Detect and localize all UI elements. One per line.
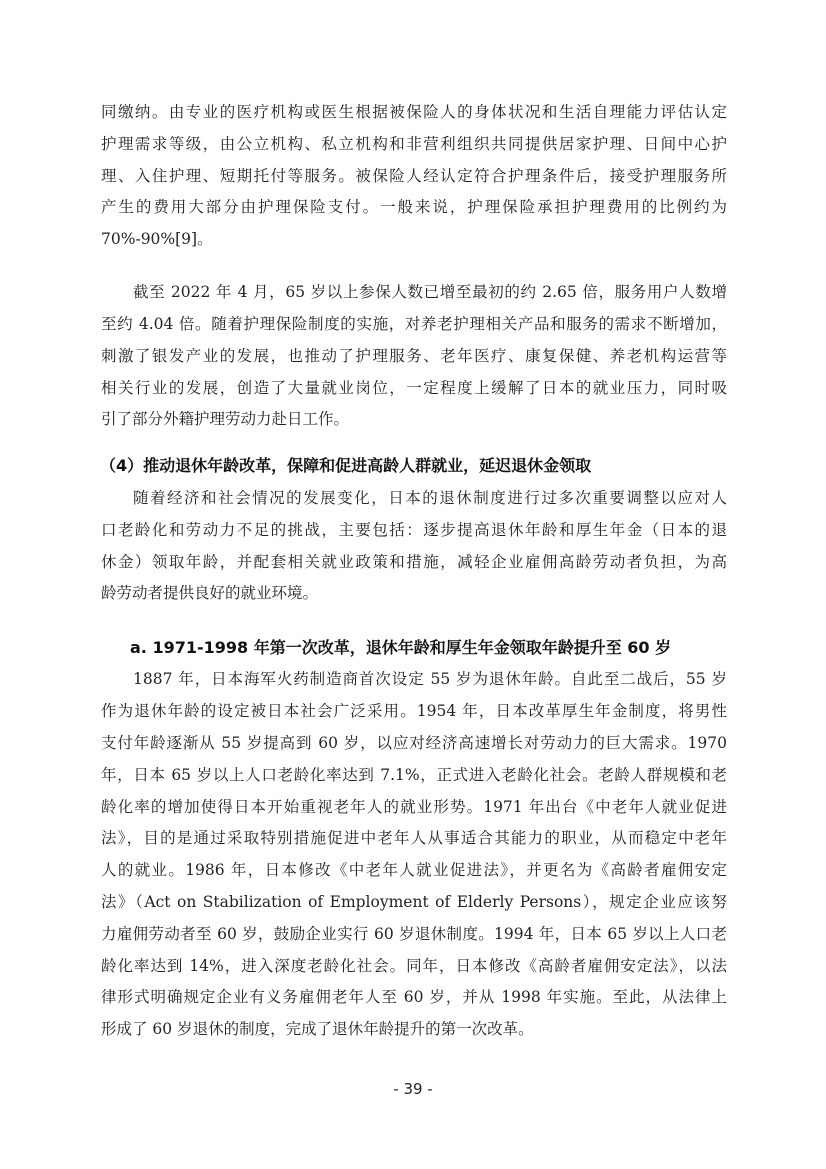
text-line: 70%-90%[9]。 (101, 223, 727, 255)
text-line: 龄化率的增加使得日本开始重视老年人的就业形势。1971 年出台《中老年人就业促进 (101, 791, 727, 823)
text-line: 龄化率达到 14%，进入深度老龄化社会。同年，日本修改《高龄者雇佣安定法》，以法 (101, 950, 727, 982)
text-line: 人的就业。1986 年，日本修改《中老年人就业促进法》，并更名为《高龄者雇佣安定 (101, 854, 727, 886)
text-line: 律形式明确规定企业有义务雇佣老年人至 60 岁，并从 1998 年实施。至此，从… (101, 981, 727, 1013)
text-line: 截至 2022 年 4 月，65 岁以上参保人数已增至最初的约 2.65 倍，服… (133, 276, 727, 308)
text-line: 口老龄化和劳动力不足的挑战，主要包括：逐步提高退休年龄和厚生年金（日本的退 (101, 514, 727, 546)
text-line: 龄劳动者提供良好的就业环境。 (101, 577, 727, 609)
text-line: 作为退休年龄的设定被日本社会广泛采用。1954 年，日本改革厚生年金制度，将男性 (101, 695, 727, 727)
text-line: 休金）领取年龄，并配套相关就业政策和措施，减轻企业雇佣高龄劳动者负担，为高 (101, 546, 727, 578)
subsection-heading: a. 1971-1998 年第一次改革，退休年龄和厚生年金领取年龄提升至 60 … (130, 632, 671, 664)
text-line: 年，日本 65 岁以上人口老龄化率达到 7.1%，正式进入老龄化社会。老龄人群规… (101, 759, 727, 791)
text-line: 护理需求等级，由公立机构、私立机构和非营利组织共同提供居家护理、日间中心护 (101, 128, 727, 160)
text-line: 相关行业的发展，创造了大量就业岗位，一定程度上缓解了日本的就业压力，同时吸 (101, 372, 727, 404)
text-line: 至约 4.04 倍。随着护理保险制度的实施，对养老护理相关产品和服务的需求不断增… (101, 308, 727, 340)
text-line: 同缴纳。由专业的医疗机构或医生根据被保险人的身体状况和生活自理能力评估认定 (101, 96, 727, 128)
text-line: 支付年龄逐渐从 55 岁提高到 60 岁，以应对经济高速增长对劳动力的巨大需求。… (101, 727, 727, 759)
document-page: 同缴纳。由专业的医疗机构或医生根据被保险人的身体状况和生活自理能力评估认定 护理… (0, 0, 826, 1169)
text-line: 法》（Act on Stabilization of Employment of… (101, 886, 727, 918)
text-line: 形成了 60 岁退休的制度，完成了退休年龄提升的第一次改革。 (101, 1013, 727, 1045)
text-line: 力雇佣劳动者至 60 岁，鼓励企业实行 60 岁退休制度。1994 年，日本 6… (101, 918, 727, 950)
page-number: - 39 - (0, 1080, 826, 1098)
text-line: 随着经济和社会情况的发展变化，日本的退休制度进行过多次重要调整以应对人 (133, 482, 727, 514)
text-line: 理、入住护理、短期托付等服务。被保险人经认定符合护理条件后，接受护理服务所 (101, 160, 727, 192)
section-heading: （4）推动退休年龄改革，保障和促进高龄人群就业，延迟退休金领取 (100, 450, 591, 482)
text-line: 产生的费用大部分由护理保险支付。一般来说，护理保险承担护理费用的比例约为 (101, 191, 727, 223)
text-line: 引了部分外籍护理劳动力赴日工作。 (101, 403, 727, 435)
text-line: 1887 年，日本海军火药制造商首次设定 55 岁为退休年龄。自此至二战后，55… (133, 663, 727, 695)
text-line: 法》，目的是通过采取特别措施促进中老年人从事适合其能力的职业，从而稳定中老年 (101, 822, 727, 854)
text-line: 刺激了银发产业的发展，也推动了护理服务、老年医疗、康复保健、养老机构运营等 (101, 340, 727, 372)
